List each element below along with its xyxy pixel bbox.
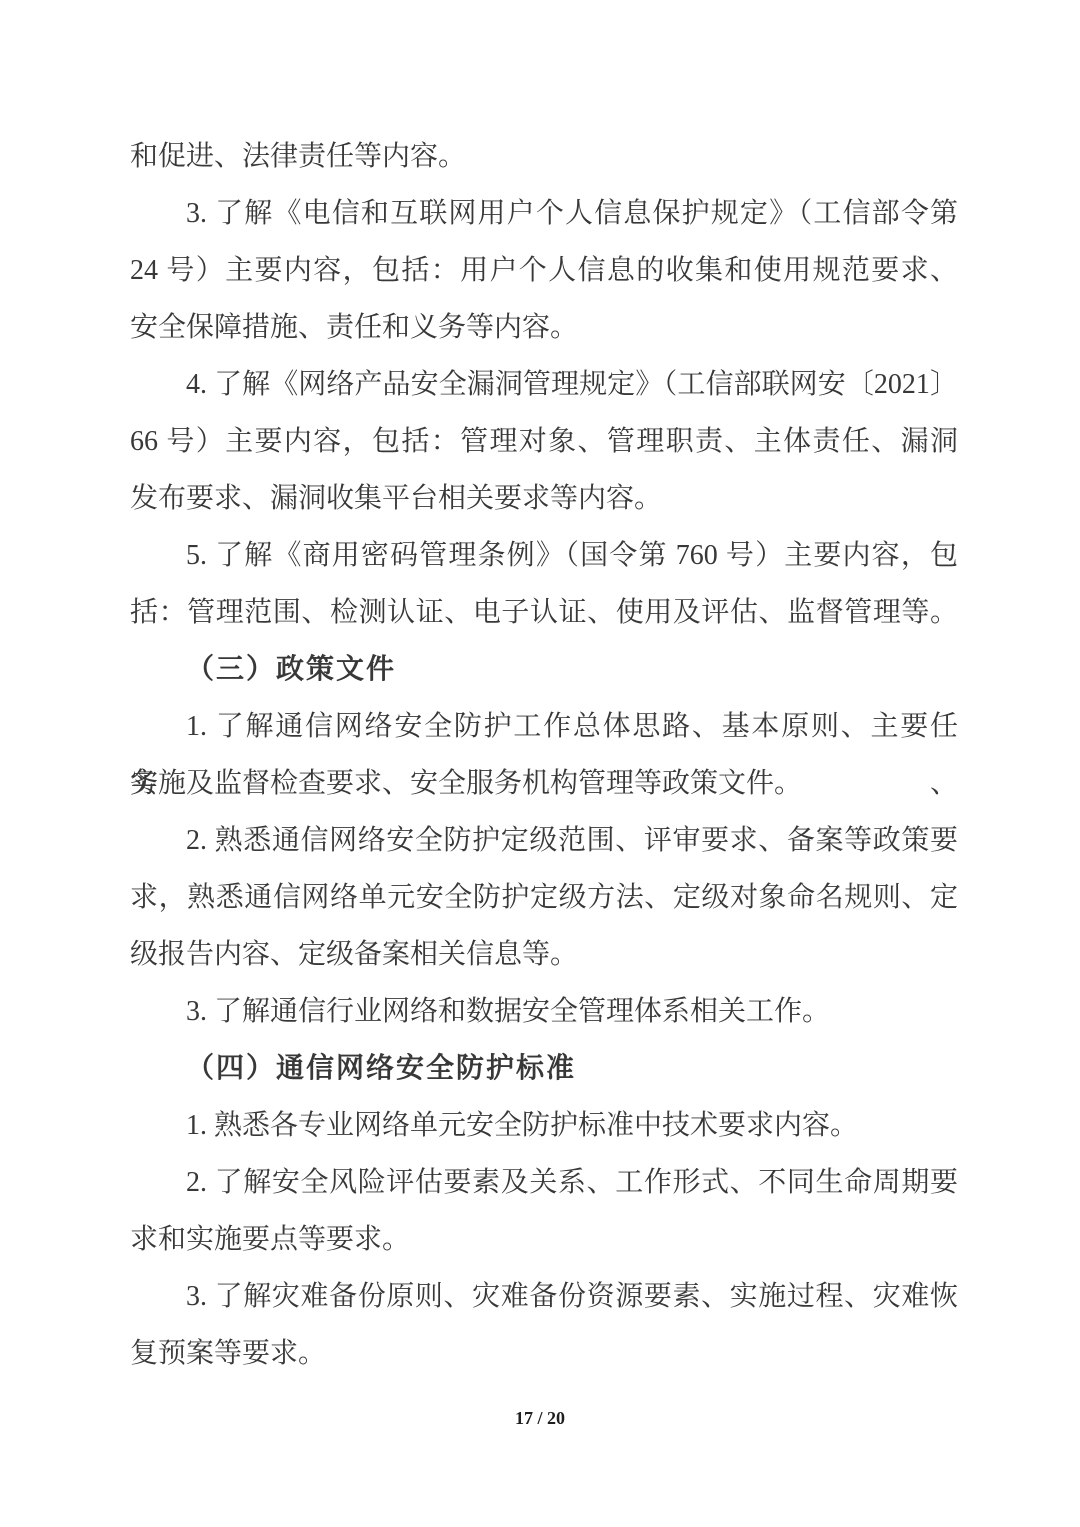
text-line: 级报告内容、定级备案相关信息等。 — [130, 926, 958, 983]
text-line: 3. 了解通信行业网络和数据安全管理体系相关工作。 — [130, 983, 958, 1040]
text-line: 求，熟悉通信网络单元安全防护定级方法、定级对象命名规则、定 — [130, 869, 958, 926]
document-body: 和促进、法律责任等内容。3. 了解《电信和互联网用户个人信息保护规定》（工信部令… — [130, 128, 958, 1382]
text-line: 1. 熟悉各专业网络单元安全防护标准中技术要求内容。 — [130, 1097, 958, 1154]
text-line: （四）通信网络安全防护标准 — [130, 1040, 958, 1097]
text-line: 1. 了解通信网络安全防护工作总体思路、基本原则、主要任务、 — [130, 698, 958, 755]
text-line: 2. 了解安全风险评估要素及关系、工作形式、不同生命周期要 — [130, 1154, 958, 1211]
text-line: 4. 了解《网络产品安全漏洞管理规定》（工信部联网安〔2021〕 — [130, 356, 958, 413]
text-line: 发布要求、漏洞收集平台相关要求等内容。 — [130, 470, 958, 527]
text-line: 5. 了解《商用密码管理条例》（国令第 760 号）主要内容，包 — [130, 527, 958, 584]
text-line: 2. 熟悉通信网络安全防护定级范围、评审要求、备案等政策要 — [130, 812, 958, 869]
text-line: 求和实施要点等要求。 — [130, 1211, 958, 1268]
document-page: 和促进、法律责任等内容。3. 了解《电信和互联网用户个人信息保护规定》（工信部令… — [0, 0, 1080, 1527]
text-line: 66 号）主要内容，包括：管理对象、管理职责、主体责任、漏洞 — [130, 413, 958, 470]
text-line: 复预案等要求。 — [130, 1325, 958, 1382]
text-line: 安全保障措施、责任和义务等内容。 — [130, 299, 958, 356]
page-number: 17 / 20 — [0, 1408, 1080, 1429]
text-line: 3. 了解《电信和互联网用户个人信息保护规定》（工信部令第 — [130, 185, 958, 242]
text-line: 24 号）主要内容，包括：用户个人信息的收集和使用规范要求、 — [130, 242, 958, 299]
text-line: 3. 了解灾难备份原则、灾难备份资源要素、实施过程、灾难恢 — [130, 1268, 958, 1325]
text-line: 和促进、法律责任等内容。 — [130, 128, 958, 185]
text-line: 括：管理范围、检测认证、电子认证、使用及评估、监督管理等。 — [130, 584, 958, 641]
text-line: （三）政策文件 — [130, 641, 958, 698]
